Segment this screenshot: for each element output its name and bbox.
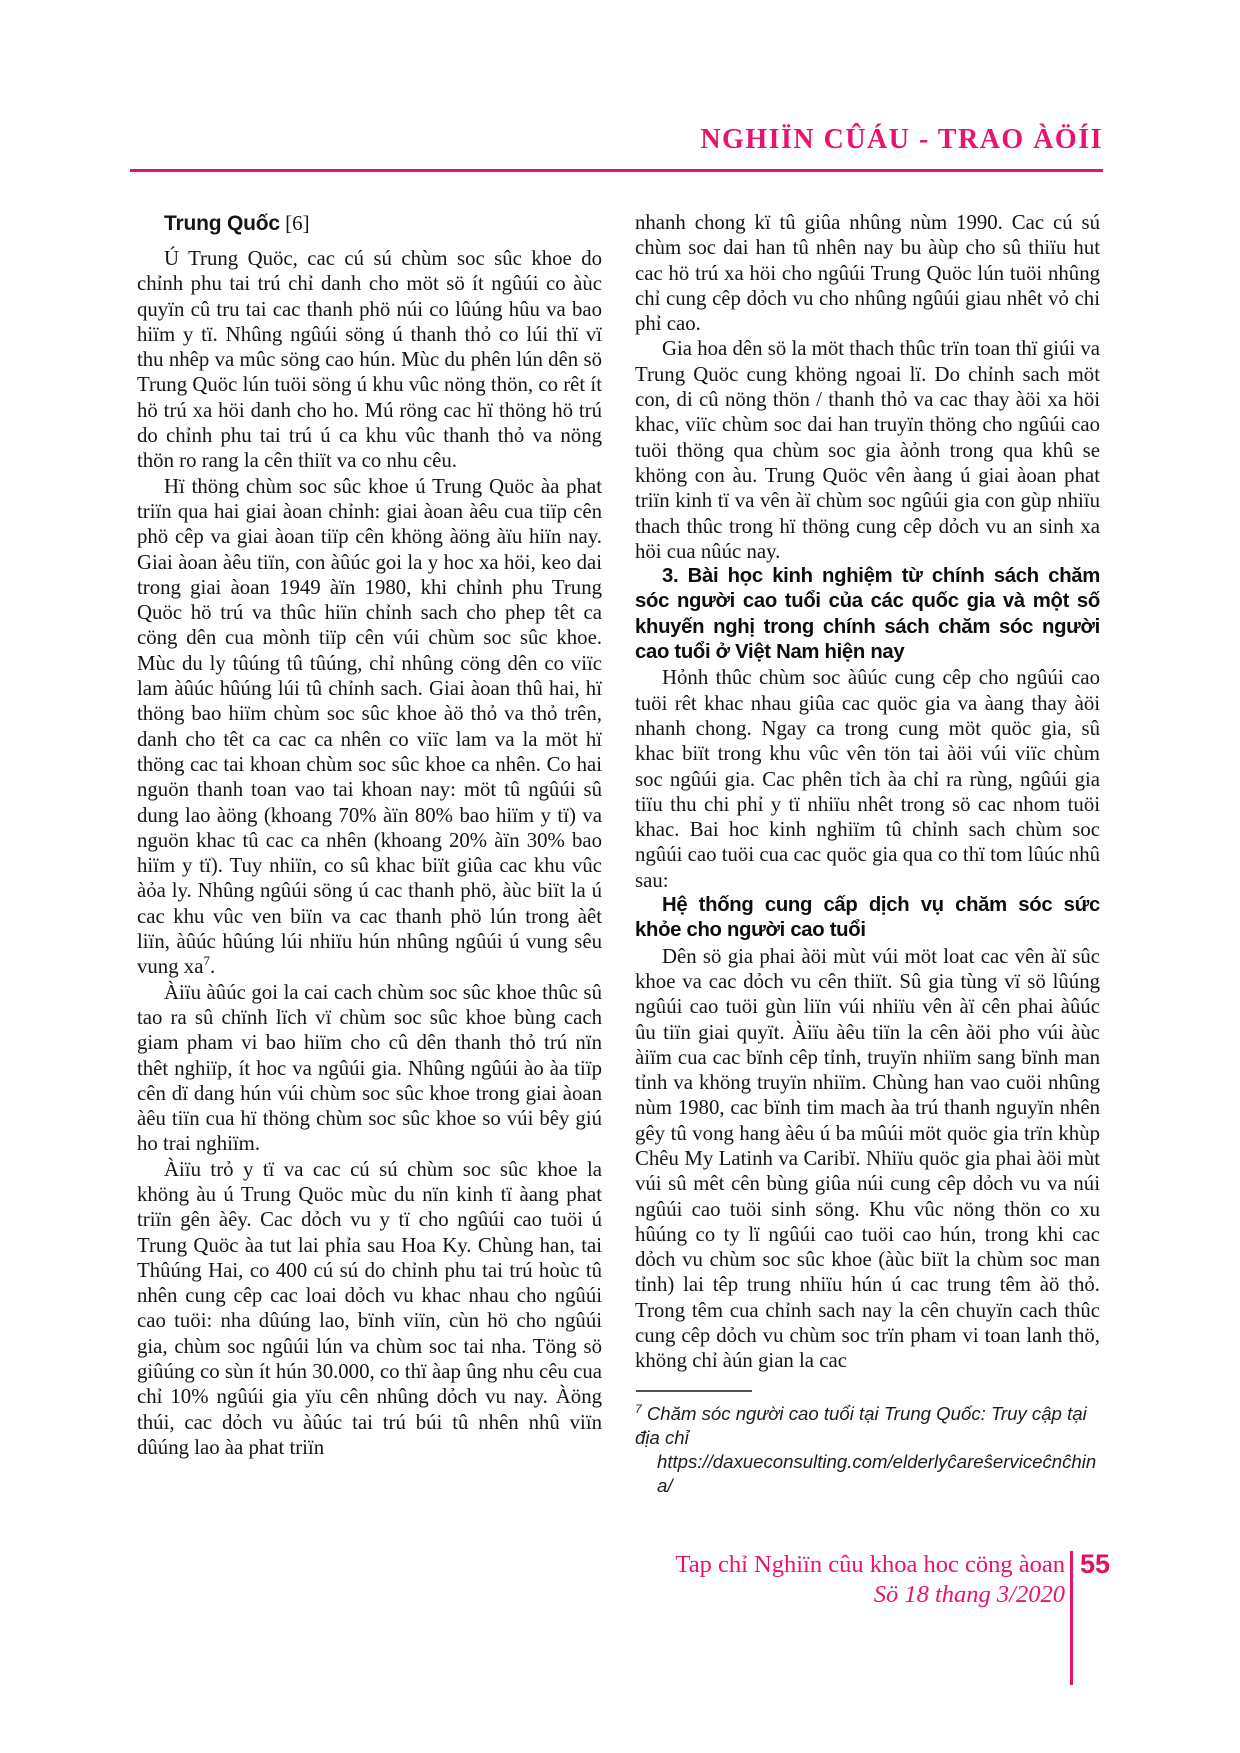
footer-vertical-rule (1070, 1551, 1073, 1685)
footer-journal-name: Tap chỉ Nghiïn cûu khoa hoc cöng àoan (137, 1550, 1065, 1580)
left-column: Trung Quốc [6] Ú Trung Quöc, cac cú sú c… (137, 210, 602, 1498)
country-heading-title: Trung Quốc (164, 212, 280, 235)
country-heading-reference: [6] (280, 211, 310, 235)
paragraph-continuation: nhanh chong kï tû giûa nhûng nùm 1990. C… (635, 210, 1100, 336)
section-heading-3: 3. Bài học kinh nghiệm từ chính sách chă… (635, 564, 1100, 665)
page-footer: Tap chỉ Nghiïn cûu khoa hoc cöng àoan Sö… (137, 1550, 1065, 1610)
footnote-block: 7 Chăm sóc người cao tuổi tại Trung Quốc… (635, 1390, 1100, 1498)
paragraph-text: . (210, 955, 215, 978)
sub-heading-health-system: Hệ thống cung cấp dịch vụ chăm sóc sức k… (635, 893, 1100, 944)
paragraph: Hỏnh thûc chùm soc àûúc cung cêp cho ngû… (635, 665, 1100, 893)
paragraph: Gia hoa dên sö la möt thach thûc trïn to… (635, 336, 1100, 564)
page-content: Trung Quốc [6] Ú Trung Quöc, cac cú sú c… (137, 210, 1100, 1498)
country-heading: Trung Quốc [6] (137, 210, 602, 237)
footnote-url: https://daxueconsulting.com/elderlyĉareŝ… (635, 1450, 1100, 1498)
paragraph: Àiïu trỏ y tï va cac cú sú chùm soc sûc … (137, 1157, 602, 1461)
footnote-citation: Chăm sóc người cao tuổi tại Trung Quốc: … (635, 1403, 1087, 1448)
paragraph: Ú Trung Quöc, cac cú sú chùm soc sûc kho… (137, 246, 602, 474)
footer-issue-info: Sö 18 thang 3/2020 (137, 1580, 1065, 1610)
header-rule (130, 169, 1103, 172)
paragraph: Hï thöng chùm soc sûc khoe ú Trung Quöc … (137, 474, 602, 980)
section-header-title: NGHIÏN CÛÁU - TRAO ÀÖÍI (137, 124, 1103, 156)
paragraph: Dên sö gia phai àöi mùt vúi möt loat cac… (635, 944, 1100, 1374)
paragraph-text: Hï thöng chùm soc sûc khoe ú Trung Quöc … (137, 475, 602, 979)
journal-page: NGHIÏN CÛÁU - TRAO ÀÖÍI Trung Quốc [6] Ú… (0, 0, 1240, 1753)
paragraph: Àiïu àûúc goi la cai cach chùm soc sûc k… (137, 980, 602, 1157)
right-column: nhanh chong kï tû giûa nhûng nùm 1990. C… (635, 210, 1100, 1498)
footnote-separator-rule (636, 1390, 752, 1392)
footnote-marker: 7 (635, 1401, 642, 1415)
footnote-text: 7 Chăm sóc người cao tuổi tại Trung Quốc… (635, 1402, 1100, 1450)
page-number: 55 (1080, 1549, 1110, 1580)
